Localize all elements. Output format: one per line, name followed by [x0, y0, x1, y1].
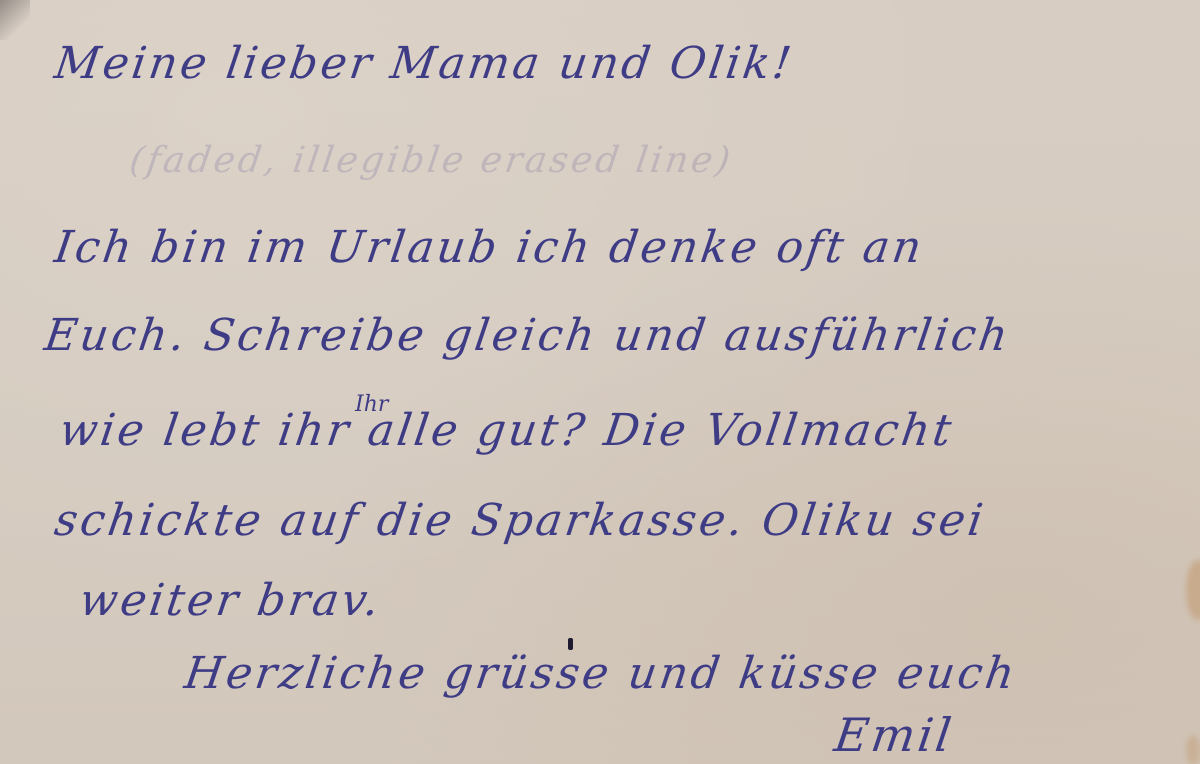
postcard: Meine lieber Mama und Olik! (faded, ille… — [0, 0, 1200, 764]
body-line-2: Euch. Schreibe gleich und ausführlich — [41, 310, 1013, 361]
signature: Emil — [831, 708, 957, 762]
closing-line: Herzliche grüsse und küsse euch — [181, 648, 1020, 699]
body-line-3: wie lebt ihr alle gut? Die Vollmacht — [56, 405, 957, 456]
body-line-1: Ich bin im Urlaub ich denke oft an — [51, 222, 927, 273]
body-line-5: weiter brav. — [76, 575, 385, 626]
paper-stain — [1186, 560, 1200, 620]
body-line-4: schickte auf die Sparkasse. Oliku sei — [51, 495, 988, 546]
erased-line: (faded, illegible erased line) — [127, 140, 735, 181]
paper-stain — [1186, 735, 1200, 764]
corner-shadow — [0, 0, 30, 40]
salutation: Meine lieber Mama und Olik! — [51, 38, 797, 89]
